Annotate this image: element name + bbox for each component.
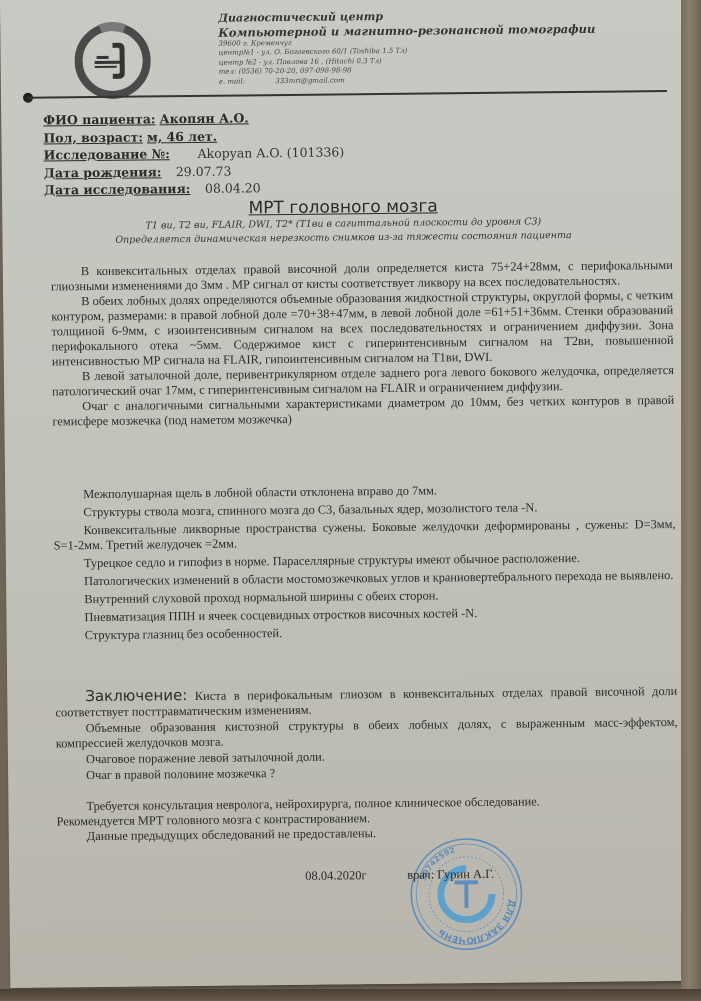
- signature-date: 08.04.2020г: [305, 868, 367, 884]
- mri-scanner-logo-icon: [72, 20, 153, 101]
- dob-value: 29.07.73: [176, 163, 232, 179]
- official-stamp-icon: ДЛЯ ЗАКЛЮЧЕНЬ 30742592: [407, 835, 526, 954]
- stamp-text: ДЛЯ ЗАКЛЮЧЕНЬ: [436, 898, 517, 945]
- findings-section-2: Межполушарная щель в лобной области откл…: [53, 481, 677, 644]
- study-number-value: Akopyan A.O. (101336): [198, 144, 345, 161]
- report-page: Диагностический центр Компьютерной и маг…: [0, 0, 692, 988]
- finding-paragraph: В обеих лобных долях определяются объемн…: [51, 288, 674, 370]
- conclusion-section: Заключение: Киста в перифокальным глиозо…: [55, 683, 678, 785]
- email-value: 333mri@gmail.com: [275, 76, 344, 85]
- finding-line: Конвекситальные ликворные пространства с…: [53, 517, 675, 554]
- svg-text:ДЛЯ ЗАКЛЮЧЕНЬ: ДЛЯ ЗАКЛЮЧЕНЬ: [436, 898, 517, 945]
- email-label: e. mail:: [219, 77, 245, 85]
- patient-name-value: Акопян А.О.: [159, 110, 248, 126]
- dob-label: Дата рождения:: [44, 163, 172, 182]
- patient-info: ФИО пациента: Акопян А.О. Пол, возраст: …: [43, 108, 344, 199]
- sex-age-label: Пол, возраст:: [43, 129, 143, 145]
- doctor-signature: врач: Гурин А.Г.: [407, 867, 494, 883]
- exam-date-row: Дата исследования: 08.04.20: [44, 178, 345, 199]
- exam-date-value: 08.04.20: [205, 180, 261, 196]
- study-number-label: Исследование №:: [44, 145, 194, 164]
- finding-paragraph: Очаг с аналогичными сигнальными характер…: [52, 393, 674, 430]
- sex-age-value: м, 46 лет.: [147, 128, 217, 144]
- table-surface-bottom: [0, 989, 701, 1001]
- study-number-row: Исследование №: Akopyan A.O. (101336): [44, 143, 345, 164]
- finding-line: Структура глазниц без особенностей.: [55, 622, 677, 644]
- findings-section: В конвекситальных отделах правой височно…: [51, 258, 675, 430]
- organization-header: Диагностический центр Компьютерной и маг…: [218, 7, 659, 87]
- conclusion-label: Заключение:: [85, 686, 187, 705]
- recommendations-section: Требуется консультация невролога, нейрох…: [56, 793, 678, 845]
- table-surface-right: [681, 0, 701, 1001]
- patient-name-label: ФИО пациента:: [43, 111, 155, 127]
- exam-date-label: Дата исследования:: [44, 180, 201, 199]
- conclusion-first: Заключение: Киста в перифокальным глиозо…: [55, 683, 677, 721]
